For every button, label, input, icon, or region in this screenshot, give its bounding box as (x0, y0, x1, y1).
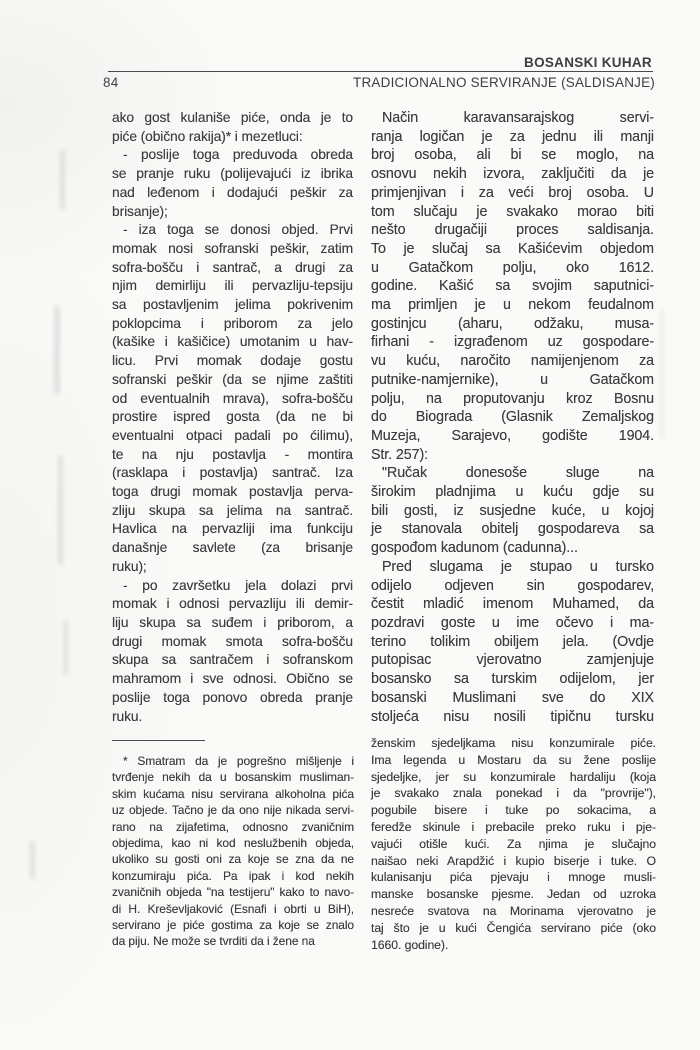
text-line: prostire ispred gosta (da ne bi (112, 408, 353, 427)
text-line: di H. Kreševljaković (Esnafi i obrti u B… (112, 901, 354, 917)
text-line: terino tolikim obiljem jela. (Ovdje (371, 633, 654, 652)
text-line: To je slučaj sa Kašićevim objedom (371, 240, 654, 259)
text-line: liju skupa sa suđem i priborom, a (112, 614, 353, 633)
text-line: manske bosanske pjesme. Jedan od uzroka (371, 886, 656, 903)
text-line: sofra-bošču i santrač, a drugi za (112, 259, 353, 278)
text-line: Str. 257): (371, 446, 654, 465)
text-line: 1660. godine). (371, 937, 656, 954)
text-line: ako gost kulaniše piće, onda je to (112, 109, 353, 128)
text-line: nešto drugačiji proces saldisanja. (371, 221, 654, 240)
text-line: servirano je piće gostima za koje se zna… (112, 917, 354, 933)
text-line: (rasklapa i postavlja) santrač. Iza (112, 464, 353, 483)
text-line: ženskim sjedeljkama nisu konzumirale pić… (371, 735, 656, 752)
text-line: - iza toga se donosi objed. Prvi (112, 221, 353, 240)
text-line: ma primljen je u nekom feudalnom (371, 296, 654, 315)
text-line: vu kuću, naročito namijenjenom za (371, 352, 654, 371)
text-line: - poslije toga preduvoda obreda (112, 146, 353, 165)
text-line: zvaničnih objeda "na testijeru" kako to … (112, 884, 354, 900)
text-line: polju, na proputovanju kroz Bosnu (371, 390, 654, 409)
text-line: sofranski peškir (da se njime zaštiti (112, 371, 353, 390)
text-line: mahramom i sve odnosi. Obično se (112, 670, 353, 689)
text-line: putnike-namjernike), u Gatačkom (371, 371, 654, 390)
text-line: vajući otišle kući. Za njima je slučajno (371, 836, 656, 853)
text-line: putopisac vjerovatno zamjenjuje (371, 651, 654, 670)
text-line: tom slučaju je svakako morao biti (371, 203, 654, 222)
text-line: feredže skinule i prebacile preko ruku i… (371, 819, 656, 836)
text-line: nad leđenom i dodajući peškir za (112, 184, 353, 203)
text-line: čestit mladić imenom Muhamed, da (371, 595, 654, 614)
text-line: od eventualnih mrava), sofra-bošču (112, 390, 353, 409)
chapter-title: TRADICIONALNO SERVIRANJE (SALDISANJE) (353, 75, 655, 90)
text-line: primjenjivan i za veći broj osoba. U (371, 184, 654, 203)
text-line: pozdravi goste u ime očevo i ma- (371, 614, 654, 633)
text-line: sjedeljke, jer su konzumirale hardaliju … (371, 769, 656, 786)
text-line: drugi momak smota sofra-bošču (112, 633, 353, 652)
scan-artifact (30, 840, 35, 880)
text-line: taj što je u kući Čengića servirano piće… (371, 920, 656, 937)
text-line: piće (obično rakija)* i mezetluci: (112, 128, 353, 147)
text-line: toga drugi momak postavlja perva- (112, 483, 353, 502)
text-line: Havlica na pervazliji ima funkciju (112, 520, 353, 539)
text-line: poklopcima i priborom za jelo (112, 315, 353, 334)
text-line: skim kućama nisu servirana alkoholna pić… (112, 786, 354, 802)
left-column-text: ako gost kulaniše piće, onda je topiće (… (112, 109, 353, 726)
text-line: da piju. Ne može se tvrditi da i žene na (112, 933, 354, 949)
text-line: stoljeća nisu nosili tipičnu tursku (371, 708, 654, 727)
text-line: skupa sa santračem i sofranskom (112, 651, 353, 670)
footnote-divider (112, 740, 205, 741)
text-line: - po završetku jela dolazi prvi (112, 577, 353, 596)
left-footnote-text: * Smatram da je pogrešno mišljenje itvrđ… (112, 753, 354, 950)
text-line: broj osoba, ali bi se moglo, na (371, 146, 654, 165)
text-line: uz objede. Tačno je da ono nije nikada s… (112, 802, 354, 818)
text-line: ranja logičan je za jednu ili manji (371, 128, 654, 147)
text-line: njim demirliju ili pervazliju-tepsiju (112, 277, 353, 296)
scan-artifact (58, 455, 63, 565)
text-line: nesreće svatova na Morinama vjerovatno j… (371, 903, 656, 920)
book-page: BOSANSKI KUHAR 84 TRADICIONALNO SERVIRAN… (0, 0, 700, 1050)
text-line: širokim pladnjima u kuću gdje su (371, 483, 654, 502)
text-line: osnovu nekih izvora, zaključiti da je (371, 165, 654, 184)
text-line: licu. Prvi momak dodaje gostu (112, 352, 353, 371)
text-line: objedima, kao ni kod neslužbenih objeda, (112, 835, 354, 851)
text-line: zliju skupa sa jelima na santrač. (112, 502, 353, 521)
text-line: godine. Kašić sa svojim saputnici- (371, 277, 654, 296)
text-line: te na nju postavlja - montira (112, 446, 353, 465)
text-line: poslije toga ponovo obreda pranje (112, 689, 353, 708)
text-line: kulanisanju pića pjevaju i mnoge musli- (371, 869, 656, 886)
scan-artifact (60, 150, 65, 210)
text-line: do Biograda (Glasnik Zemaljskog (371, 408, 654, 427)
text-line: tvrđenje nekih da u bosanskim musliman- (112, 769, 354, 785)
text-line: naišao neki Arapdžić i kupio biserje i t… (371, 853, 656, 870)
text-line: gostinjcu (aharu, odžaku, musa- (371, 315, 654, 334)
text-line: bosanski Muslimani sve do XIX (371, 689, 654, 708)
text-line: konzumiraju pića. Pa ipak i kod nekih (112, 868, 354, 884)
text-line: se pranje ruku (polijevajući iz ibrika (112, 165, 353, 184)
text-line: ruku); (112, 558, 353, 577)
scan-artifact (660, 310, 664, 440)
text-line: (kašike i kašičice) umotanim u hav- (112, 333, 353, 352)
text-line: momak nosi sofranski peškir, zatim (112, 240, 353, 259)
scan-artifact (64, 620, 68, 675)
text-line: Način karavansarajskog servi- (371, 109, 654, 128)
text-line: eventualni otpaci padali po ćilimu), (112, 427, 353, 446)
right-column-text: Način karavansarajskog servi-ranja logič… (371, 109, 654, 726)
text-line: Pred slugama je stupao u tursko (371, 558, 654, 577)
header-rule (108, 71, 653, 72)
text-line: brisanje); (112, 203, 353, 222)
text-line: * Smatram da je pogrešno mišljenje i (112, 753, 354, 769)
text-line: bosansko sa turskim odijelom, jer (371, 670, 654, 689)
text-line: momak i odnosi pervazliju ili demir- (112, 595, 353, 614)
text-line: pogubile bisere i tuke po sokacima, a (371, 802, 656, 819)
text-line: sa postavljenim jelima pokrivenim (112, 296, 353, 315)
text-line: firhani - izgrađenom uz gospodare- (371, 333, 654, 352)
text-line: u Gatačkom polju, oko 1612. (371, 259, 654, 278)
text-line: "Ručak donesoše sluge na (371, 464, 654, 483)
book-title: BOSANSKI KUHAR (524, 55, 652, 70)
page-number: 84 (103, 75, 118, 90)
text-line: odijelo odjeven sin gospodarev, (371, 577, 654, 596)
text-line: današnje savlete (za brisanje (112, 539, 353, 558)
scan-artifact (54, 305, 60, 395)
text-line: gospođom kadunom (cadunna)... (371, 539, 654, 558)
text-line: Muzeja, Sarajevo, godište 1904. (371, 427, 654, 446)
text-line: je stanovala obitelj gospodareva sa (371, 520, 654, 539)
text-line: ukoliko su gosti oni za koje se zna da n… (112, 851, 354, 867)
text-line: je svakako znala ponekad i da "provrije"… (371, 785, 656, 802)
running-head: 84 TRADICIONALNO SERVIRANJE (SALDISANJE) (103, 75, 655, 90)
text-line: Ima legenda u Mostaru da su žene poslije (371, 752, 656, 769)
text-line: ruku. (112, 708, 353, 727)
right-footnote-text: ženskim sjedeljkama nisu konzumirale pić… (371, 735, 656, 953)
text-line: bili gosti, iz susjedne kuće, u kojoj (371, 502, 654, 521)
text-line: rano na zijafetima, odnosno zvaničnim (112, 819, 354, 835)
